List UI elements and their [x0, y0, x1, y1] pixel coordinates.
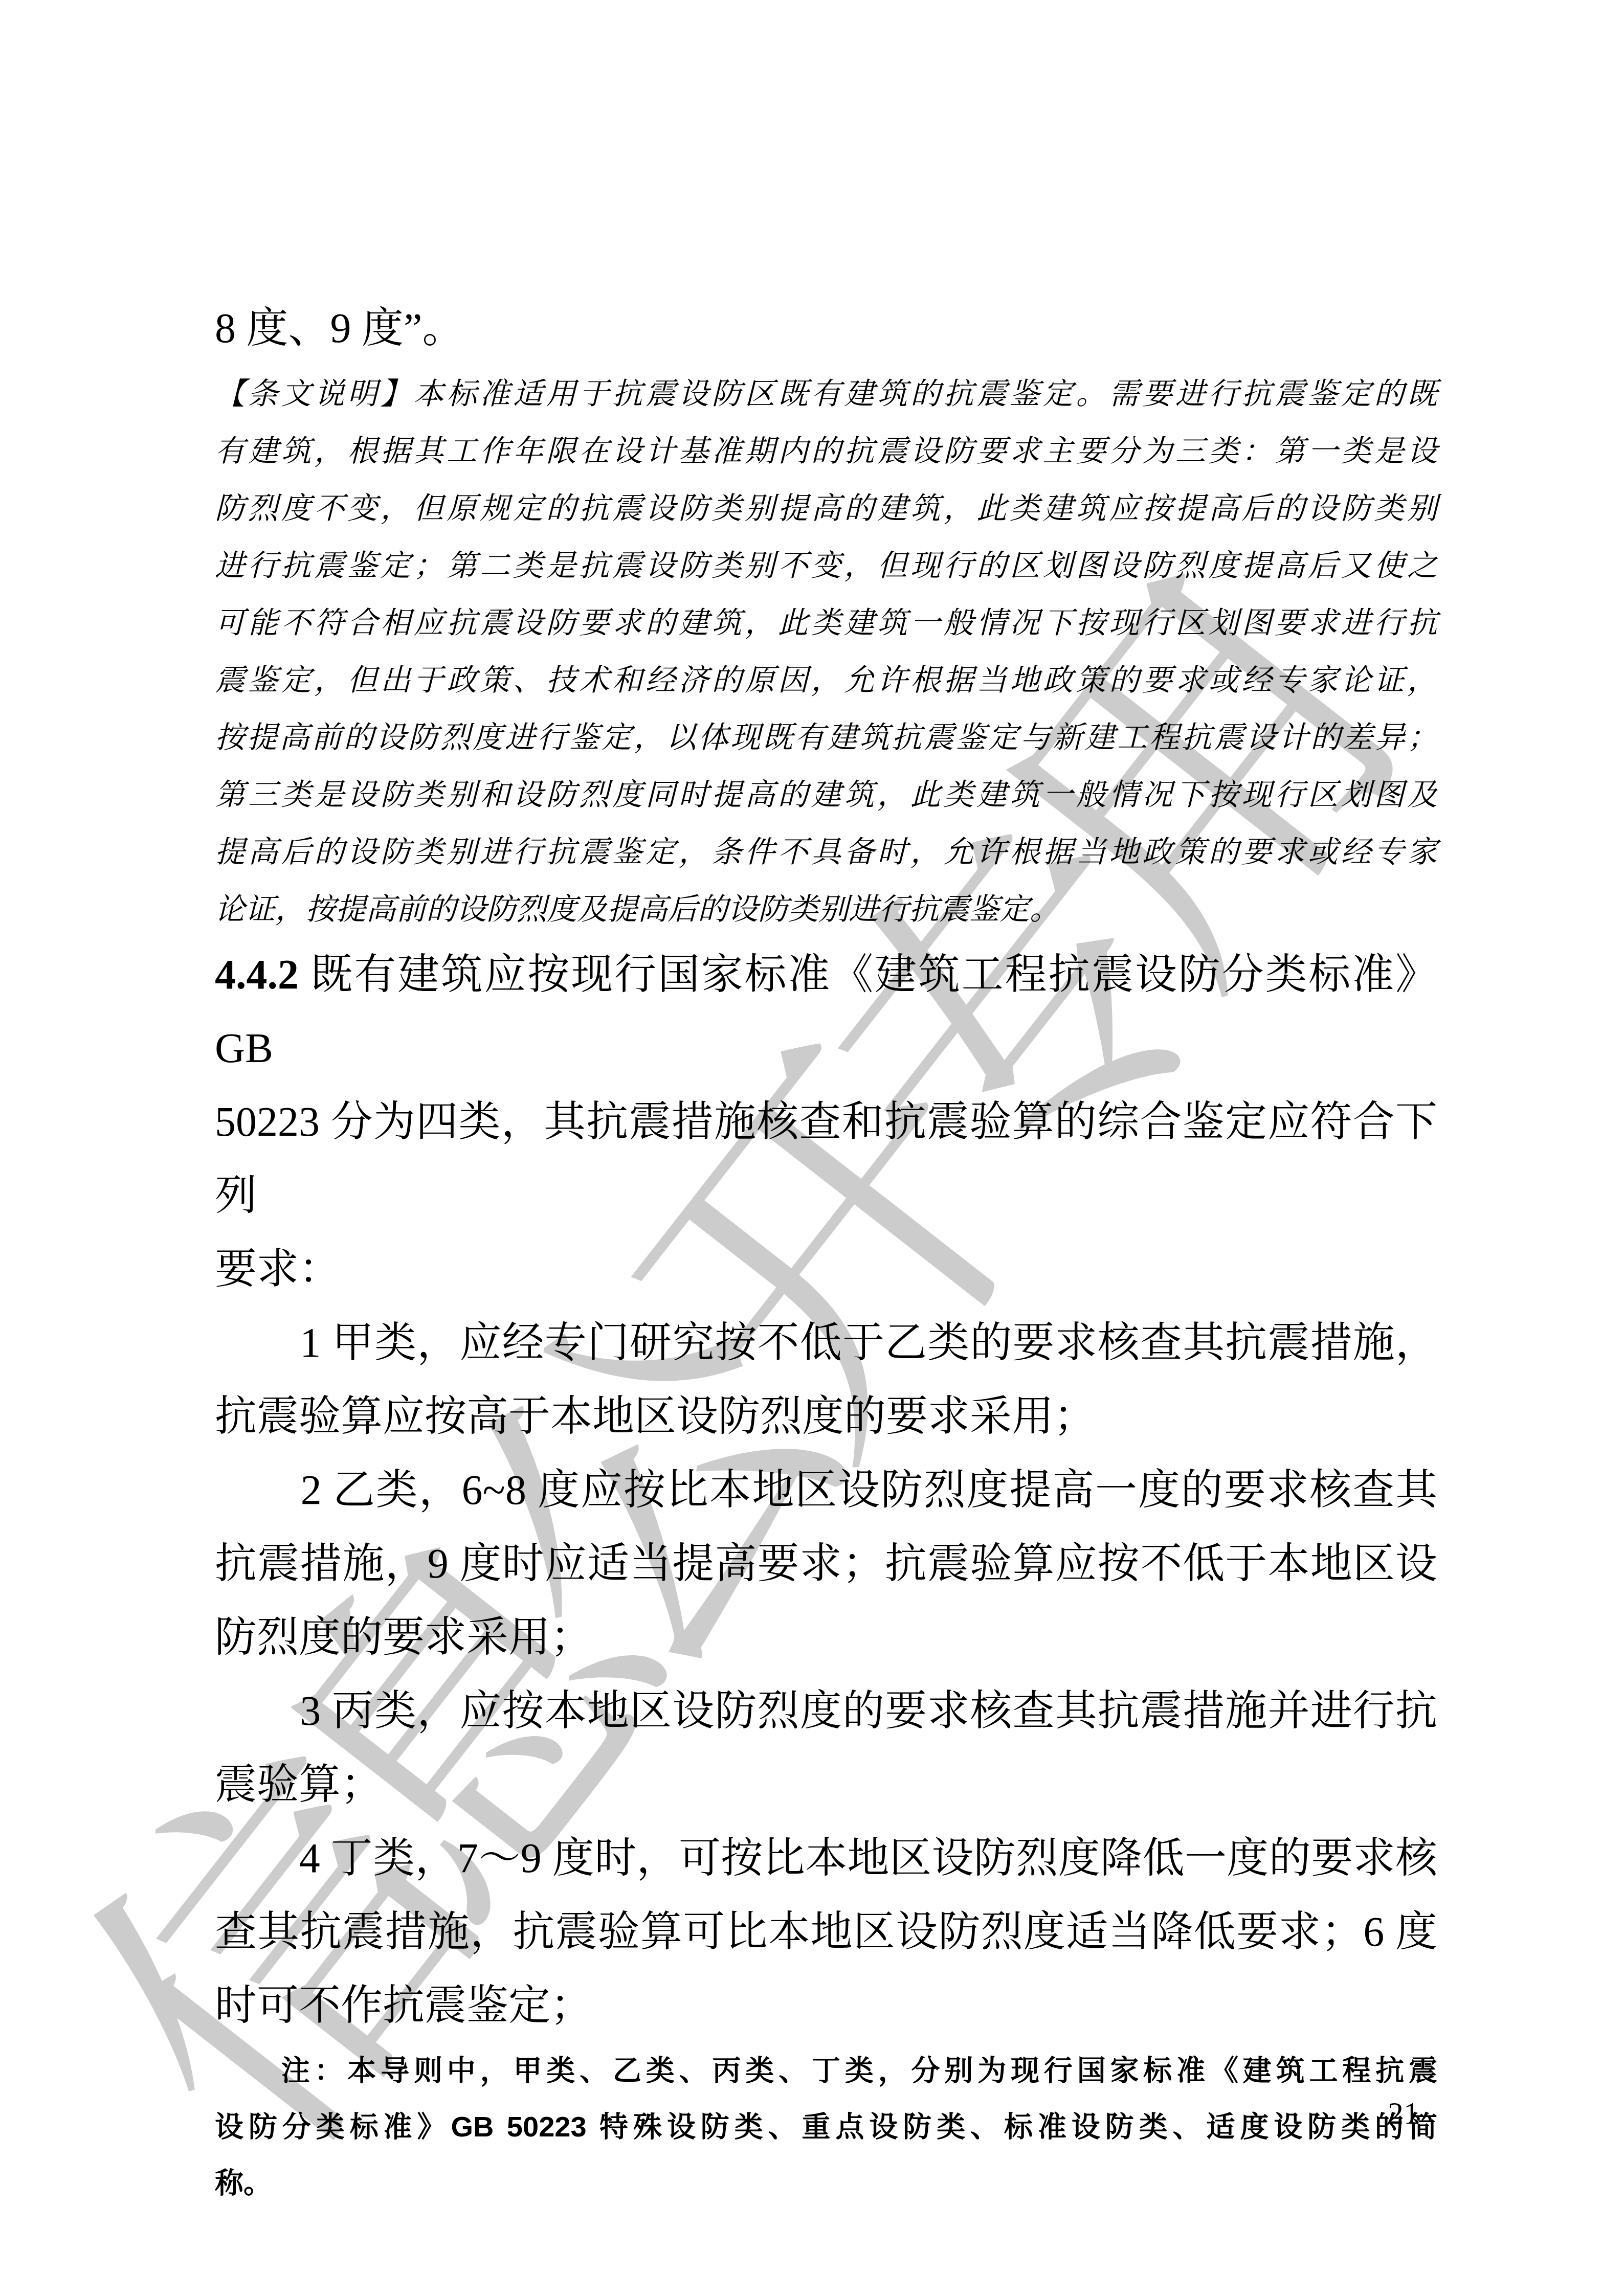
text-line: 50223 分为四类，其抗震措施核查和抗震验算的综合鉴定应符合下列 — [215, 1085, 1437, 1232]
text-line: 有建筑，根据其工作年限在设计基准期内的抗震设防要求主要分为三类：第一类是设 — [215, 422, 1437, 480]
clause-4-4-2: 4.4.2 既有建筑应按现行国家标准《建筑工程抗震设防分类标准》GB50223 … — [215, 938, 1437, 1306]
paragraph-continuation-8-9-degree: 8 度、9 度”。 — [215, 291, 1437, 365]
text-line: 进行抗震鉴定；第二类是抗震设防类别不变，但现行的区划图设防烈度提高后又使之 — [215, 537, 1437, 594]
text-line: 【条文说明】本标准适用于抗震设防区既有建筑的抗震鉴定。需要进行抗震鉴定的既 — [215, 365, 1437, 422]
text-line: 论证，按提高前的设防烈度及提高后的设防类别进行抗震鉴定。 — [215, 881, 1437, 938]
clause-item-1-jia: 1 甲类，应经专门研究按不低于乙类的要求核查其抗震措施，抗震验算应按高于本地区设… — [215, 1306, 1437, 1453]
text-line: 4 丁类，7～9 度时，可按比本地区设防烈度降低一度的要求核 — [215, 1821, 1437, 1895]
text-line: 3 丙类，应按本地区设防烈度的要求核查其抗震措施并进行抗 — [215, 1674, 1437, 1748]
clause-number: 4.4.2 — [215, 951, 299, 998]
text-line: 抗震验算应按高于本地区设防烈度的要求采用； — [215, 1380, 1437, 1453]
text-line: 时可不作抗震鉴定； — [215, 1969, 1437, 2042]
text-line: 防烈度不变，但原规定的抗震设防类别提高的建筑，此类建筑应按提高后的设防类别 — [215, 480, 1437, 537]
text-line: 2 乙类，6~8 度应按比本地区设防烈度提高一度的要求核查其 — [215, 1453, 1437, 1527]
text-line: 震鉴定，但出于政策、技术和经济的原因，允许根据当地政策的要求或经专家论证， — [215, 651, 1437, 709]
note-paragraph: 注：本导则中，甲类、乙类、丙类、丁类，分别为现行国家标准《建筑工程抗震设防分类标… — [215, 2042, 1437, 2211]
text-line: 8 度、9 度”。 — [215, 291, 1437, 365]
text-line: 第三类是设防类别和设防烈度同时提高的建筑，此类建筑一般情况下按现行区划图及 — [215, 766, 1437, 823]
document-page: 信息公开专用 8 度、9 度”。 【条文说明】本标准适用于抗震设防区既有建筑的抗… — [0, 0, 1624, 2296]
text-line: 按提高前的设防烈度进行鉴定，以体现既有建筑抗震鉴定与新建工程抗震设计的差异； — [215, 709, 1437, 766]
text-line: 可能不符合相应抗震设防要求的建筑，此类建筑一般情况下按现行区划图要求进行抗 — [215, 594, 1437, 651]
text-line: 称。 — [215, 2155, 1437, 2211]
text-line: 抗震措施，9 度时应适当提高要求；抗震验算应按不低于本地区设 — [215, 1527, 1437, 1601]
paragraph-commentary-explanation: 【条文说明】本标准适用于抗震设防区既有建筑的抗震鉴定。需要进行抗震鉴定的既有建筑… — [215, 365, 1437, 938]
page-number: 21 — [1388, 2097, 1419, 2130]
clause-item-2-yi: 2 乙类，6~8 度应按比本地区设防烈度提高一度的要求核查其抗震措施，9 度时应… — [215, 1453, 1437, 1674]
text-line: 要求： — [215, 1232, 1437, 1306]
clause-item-3-bing: 3 丙类，应按本地区设防烈度的要求核查其抗震措施并进行抗震验算； — [215, 1674, 1437, 1821]
content-column: 8 度、9 度”。 【条文说明】本标准适用于抗震设防区既有建筑的抗震鉴定。需要进… — [215, 291, 1437, 2211]
text-line: 查其抗震措施，抗震验算可比本地区设防烈度适当降低要求；6 度 — [215, 1895, 1437, 1969]
text-line: 防烈度的要求采用； — [215, 1601, 1437, 1674]
text-line: 1 甲类，应经专门研究按不低于乙类的要求核查其抗震措施， — [215, 1306, 1437, 1380]
clause-item-4-ding: 4 丁类，7～9 度时，可按比本地区设防烈度降低一度的要求核查其抗震措施，抗震验… — [215, 1821, 1437, 2042]
text-line: 提高后的设防类别进行抗震鉴定，条件不具备时，允许根据当地政策的要求或经专家 — [215, 823, 1437, 881]
text-line: 4.4.2 既有建筑应按现行国家标准《建筑工程抗震设防分类标准》GB — [215, 938, 1437, 1085]
text-line: 设防分类标准》GB 50223 特殊设防类、重点设防类、标准设防类、适度设防类的… — [215, 2099, 1437, 2155]
text-line: 震验算； — [215, 1748, 1437, 1821]
text-line: 注：本导则中，甲类、乙类、丙类、丁类，分别为现行国家标准《建筑工程抗震 — [215, 2042, 1437, 2099]
